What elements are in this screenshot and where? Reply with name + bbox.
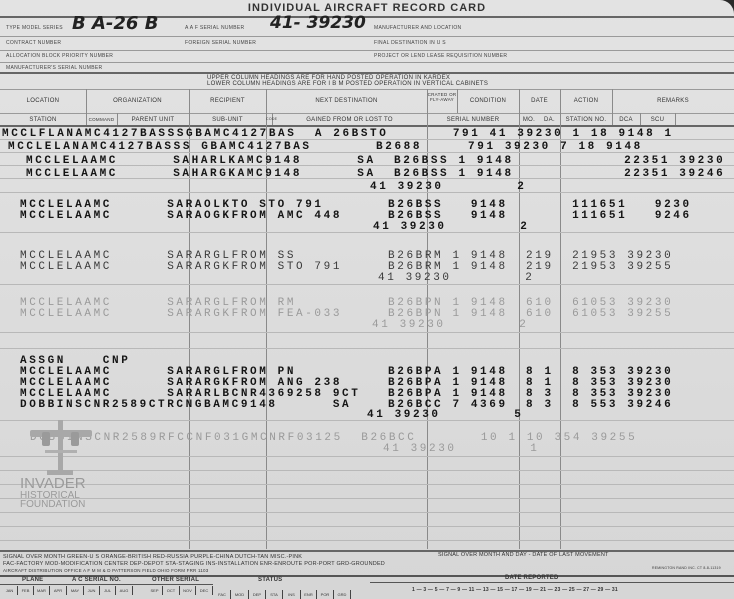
- entry-row: MCCLELAAMC SARARGKFROM FEA-033 B26BPN 1 …: [20, 308, 673, 320]
- manufacturer-serial-label: MANUFACTURER'S SERIAL NUMBER: [6, 65, 102, 71]
- type-model-series-value: B A-26 B: [72, 13, 158, 34]
- date-reported-label: DATE REPORTED: [505, 575, 559, 581]
- entry-row: 41 39230 2: [378, 272, 534, 284]
- heading-remarks: REMARKS: [612, 98, 734, 104]
- project-label: PROJECT OR LEND LEASE REQUISITION NUMBER: [374, 53, 507, 59]
- entry-row: MCCLELANAMC4127BASSS GBAMC4127BAS B2688 …: [8, 141, 643, 153]
- heading-dca: DCA: [612, 117, 640, 123]
- heading-organization: ORGANIZATION: [86, 98, 189, 104]
- heading-sub-unit: SUB-UNIT: [189, 117, 266, 123]
- heading-station-no: STATION NO.: [560, 117, 612, 123]
- heading-parent-unit: PARENT UNIT: [117, 117, 189, 123]
- entry-row: 41 39230 5: [367, 409, 523, 421]
- foreign-serial-label: FOREIGN SERIAL NUMBER: [185, 40, 256, 46]
- signal-legend: SIGNAL OVER MONTH GREEN-U S ORANGE-BRITI…: [3, 554, 302, 560]
- status-dep: DEP: [249, 590, 266, 599]
- other-serial-label: OTHER SERIAL: [152, 577, 199, 583]
- manufacturer-location-label: MANUFACTURER AND LOCATION: [374, 25, 461, 31]
- status-sta: STA: [266, 590, 283, 599]
- heading-day: DA.: [539, 117, 560, 123]
- heading-date: DATE: [519, 98, 560, 104]
- aaf-serial-label: A A F SERIAL NUMBER: [185, 25, 244, 31]
- final-destination-label: FINAL DESTINATION IN U S: [374, 40, 446, 46]
- entry-row: MCCLELAAMC SAHARGKAMC9148 SA B26BSS 1 91…: [26, 168, 725, 180]
- heading-location: LOCATION: [0, 98, 86, 104]
- lower-headings-note: LOWER COLUMN HEADINGS ARE FOR I B M POST…: [207, 81, 488, 87]
- aaf-serial-value: 41- 39230: [270, 13, 366, 33]
- heading-command: COMMAND: [86, 117, 117, 122]
- status-label: STATUS: [258, 577, 282, 583]
- heading-action: ACTION: [560, 98, 612, 104]
- month-dec: DEC: [196, 586, 213, 595]
- printer-mark: REMINGTON RAND INC. CT 8-8-11319: [652, 566, 721, 570]
- month-nov: NOV: [180, 586, 196, 595]
- month-aug: AUG: [116, 586, 133, 595]
- entry-row: MCCLELAAMC SAHARLKAMC9148 SA B26BSS 1 91…: [26, 155, 725, 167]
- allocation-label: ALLOCATION BLOCK PRIORITY NUMBER: [6, 53, 113, 59]
- status-ins: INS: [283, 590, 301, 599]
- aircraft-record-card: INDIVIDUAL AIRCRAFT RECORD CARD TYPE MOD…: [0, 0, 734, 599]
- status-grd: GRD: [334, 590, 351, 599]
- contract-number-label: CONTRACT NUMBER: [6, 40, 61, 46]
- month-oct: OCT: [163, 586, 180, 595]
- heading-recipient: RECIPIENT: [189, 98, 266, 104]
- status-por: POR: [317, 590, 334, 599]
- heading-condition: CONDITION: [457, 98, 519, 104]
- days-scale: 1 — 3 — 5 — 7 — 9 — 11 — 13 — 15 — 17 — …: [412, 587, 618, 593]
- entry-row: DOBBINSCNR2589CTRCNGBAMC9148 SA B26BCC 7…: [20, 399, 673, 411]
- heading-month: MO.: [519, 117, 539, 123]
- plane-label: PLANE: [22, 577, 43, 583]
- month-jan: JAN: [2, 586, 18, 595]
- entry-row: 41 39230 2: [372, 319, 528, 331]
- entry-row: MCCLELAAMC SARAOGKFROM AMC 448 B26BSS 91…: [20, 210, 692, 222]
- month-jun: JUN: [84, 586, 100, 595]
- watermark-line3: FOUNDATION: [20, 501, 85, 510]
- entry-row: 41 39230 2: [370, 181, 526, 193]
- signal-right: SIGNAL OVER MONTH AND DAY - DATE OF LAST…: [438, 552, 609, 558]
- watermark-plane-icon: [20, 420, 100, 480]
- heading-next-destination: NEXT DESTINATION: [266, 98, 427, 104]
- heading-scu: SCU: [640, 117, 675, 123]
- watermark-line1: INVADER: [20, 478, 86, 491]
- heading-station: STATION: [0, 117, 86, 123]
- month-may: MAY: [67, 586, 84, 595]
- entry-row: MCCLELAAMC SARARGKFROM STO 791 B26BRM 1 …: [20, 261, 673, 273]
- status-enr: ENR: [301, 590, 317, 599]
- status-legend: FAC-FACTORY MOD-MODIFICATION CENTER DEP-…: [3, 561, 385, 567]
- heading-gained-lost: GAINED FROM OR LOST TO: [272, 117, 427, 123]
- ac-serial-label: A C SERIAL NO.: [72, 577, 121, 583]
- month-sep: SEP: [147, 586, 163, 595]
- heading-crated-fly-away: CRATED OR FLY-AWAY: [427, 92, 457, 102]
- status-mod: MOD: [231, 590, 249, 599]
- entry-row: 41 39230 2: [373, 221, 529, 233]
- month-apr: APR: [50, 586, 67, 595]
- type-model-series-label: TYPE MODEL SERIES: [6, 25, 63, 31]
- entry-row: DOBBINSCNR2589RFCCNF031GMCNRF03125 B26BC…: [30, 432, 637, 444]
- month-mar: MAR: [34, 586, 50, 595]
- status-fac: FAC: [214, 590, 231, 599]
- office-line: AIRCRAFT DISTRIBUTION OFFICE A F M M & D…: [3, 568, 208, 573]
- entry-row: MCCLFLANAMC4127BASSSGBAMC4127BAS A 26BST…: [2, 128, 674, 140]
- entry-row: 41 39230 1: [383, 443, 539, 455]
- month-jul: JUL: [100, 586, 116, 595]
- month-feb: FEB: [18, 586, 34, 595]
- heading-serial-number: SERIAL NUMBER: [427, 117, 519, 123]
